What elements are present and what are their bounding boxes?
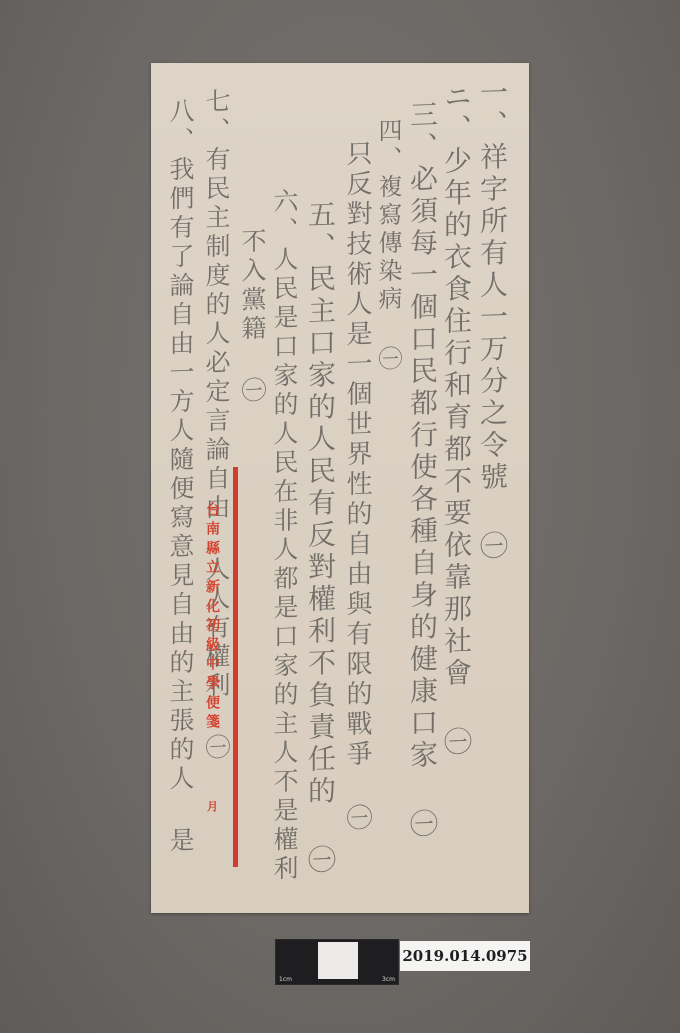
- handwritten-line-10: 八、我們有了論自由一方人隨便寫意見自由的主張的人 是: [168, 98, 193, 857]
- handwritten-line-2: ニ、少年的衣食住行和育都不要依靠那社會 ㊀: [442, 82, 470, 760]
- accession-number-label: 2019.014.0975: [400, 941, 530, 971]
- color-scale-bar: 1cm 3cm: [275, 939, 399, 985]
- scale-right-label: 3cm: [382, 976, 395, 983]
- handwritten-line-1: 一、祥字所有人一万分之令號 ㊀: [478, 78, 506, 564]
- letterhead-red-rule: [233, 467, 238, 867]
- handwritten-line-4: 四、複寫傳染病 ㊀: [376, 118, 400, 375]
- handwritten-line-7: 六、人民是口家的人民在非人都是口家的主人不是權利: [272, 188, 297, 885]
- handwritten-line-6: 五、民主口家的人民有反對權利不負責任的 ㊀: [306, 200, 334, 878]
- scale-left-label: 1cm: [279, 976, 292, 983]
- handwritten-line-3: 三、必須每一個口民都行使各種自身的健康口家 ㊀: [408, 100, 436, 842]
- handwritten-line-8: 不入黨籍 ㊀: [240, 228, 265, 407]
- scale-white-segment: [318, 942, 358, 979]
- letterhead-school-name: 台南縣立新化初級中學便箋: [205, 502, 219, 734]
- handwritten-line-5: 只反對技術人是一個世界性的自由與有限的戰爭 ㊀: [344, 140, 370, 835]
- letterhead-month-label: 月: [207, 798, 218, 814]
